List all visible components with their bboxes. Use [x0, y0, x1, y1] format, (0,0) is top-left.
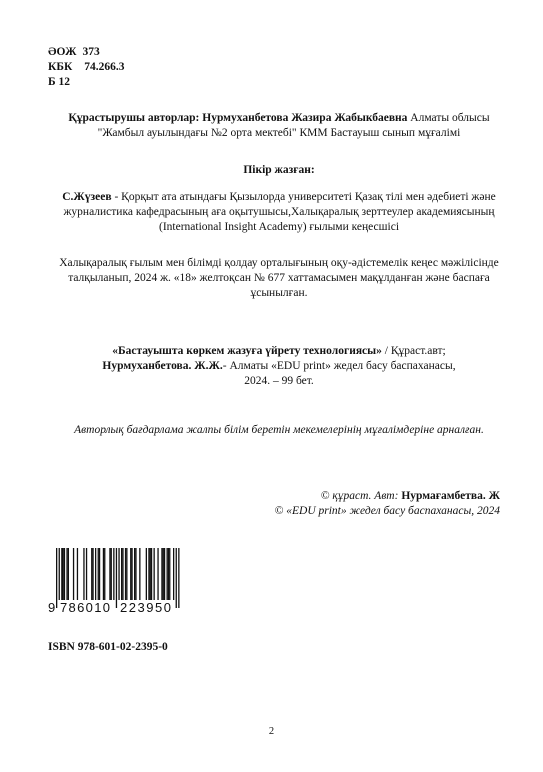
- compiler-affiliation: "Жамбыл ауылындағы №2 орта мектебі" КММ …: [44, 126, 514, 141]
- compilers-block: Құрастырушы авторлар: Нурмуханбетова Жаз…: [44, 111, 514, 141]
- book-title: «Бастауышта көркем жазуға үйрету техноло…: [112, 345, 382, 357]
- citation-author: Нурмуханбетова. Ж.Ж.: [102, 360, 222, 372]
- approval-note: Халықаралық ғылым мен білімді қолдау орт…: [44, 256, 514, 301]
- compiler-name: Нурмуханбетова Жазира Жабыкбаевна: [202, 112, 407, 124]
- audience-note: Авторлық бағдарлама жалпы білім беретін …: [44, 423, 514, 438]
- copyright-block: © құраст. Авт: Нурмағамбетва. Ж © «EDU p…: [275, 489, 500, 519]
- page-number: 2: [0, 726, 543, 737]
- isbn-number: ISBN 978-601-02-2395-0: [48, 641, 168, 653]
- reviewer-name: С.Жүзеев: [62, 191, 111, 203]
- compiler-location: Алматы облысы: [410, 112, 489, 124]
- udc-code: ӘОЖ373: [48, 45, 125, 60]
- isbn-barcode: 9 786010 223950: [48, 548, 182, 614]
- review-heading: Пікір жазған:: [44, 163, 514, 178]
- barcode-lead-digit: 9: [48, 600, 55, 614]
- classification-codes: ӘОЖ373 КБК74.266.3 Б 12: [48, 45, 125, 90]
- bibliographic-citation: «Бастауышта көркем жазуға үйрету техноло…: [44, 344, 514, 389]
- copyright-publisher: © «EDU print» жедел басу баспаханасы, 20…: [275, 505, 500, 517]
- compilers-label: Құрастырушы авторлар:: [68, 112, 199, 124]
- author-mark: Б 12: [48, 75, 125, 90]
- reviewer-block: С.Жүзеев - Қорқыт ата атындағы Қызылорда…: [44, 190, 514, 235]
- lbc-code: КБК74.266.3: [48, 60, 125, 75]
- copyright-author: Нурмағамбетва. Ж: [401, 490, 500, 502]
